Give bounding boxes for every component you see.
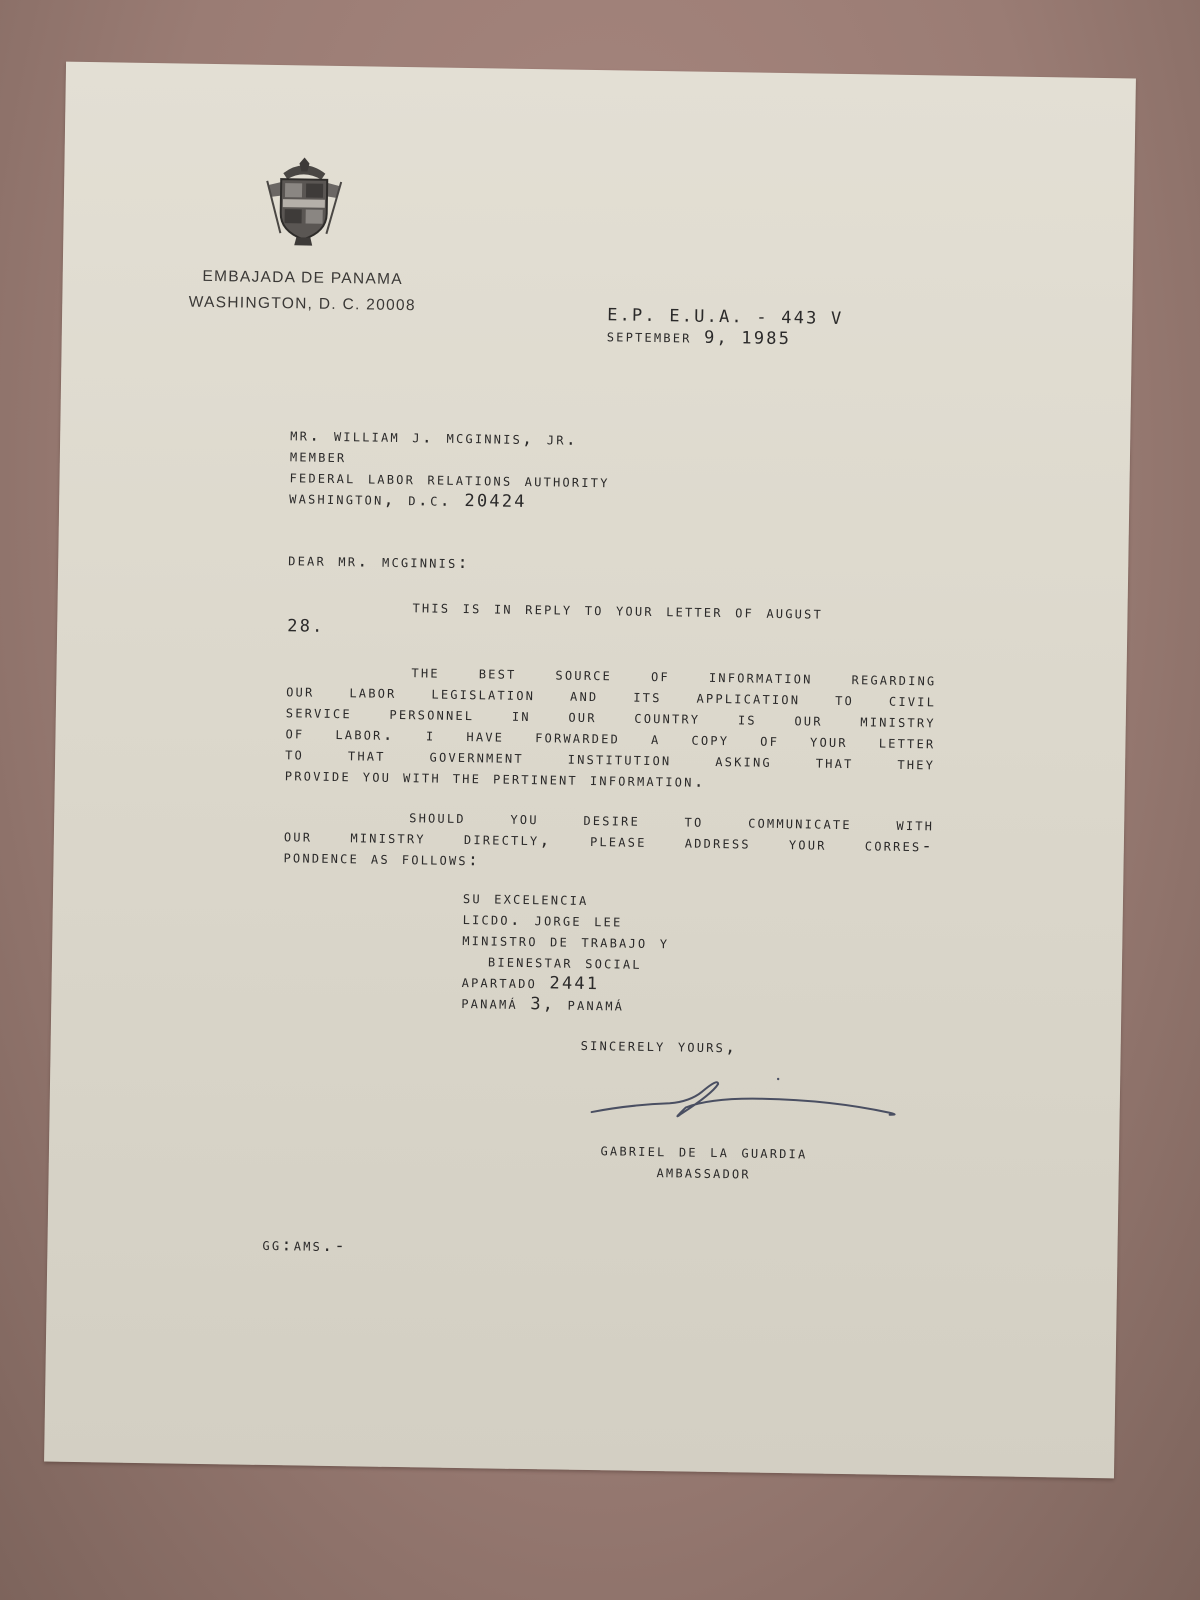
reference-block: E.P. E.U.A. - 443 V September 9, 1985 xyxy=(607,305,844,351)
word: you xyxy=(510,809,539,830)
letter-date: September 9, 1985 xyxy=(607,326,844,351)
word: please xyxy=(590,831,647,853)
closing: Sincerely yours, xyxy=(581,1035,738,1058)
salutation: Dear Mr. McGinnis: xyxy=(288,550,470,574)
word: provide xyxy=(285,765,351,787)
word: civil xyxy=(889,691,936,713)
word: of xyxy=(285,723,304,744)
word: information xyxy=(709,667,813,690)
word: address xyxy=(685,832,751,854)
word: have xyxy=(466,726,504,748)
word: government xyxy=(429,746,524,768)
word: of xyxy=(651,666,670,687)
word: our xyxy=(794,710,823,731)
signer-title: Ambassador xyxy=(569,1161,839,1186)
ministry-city: Panamá 3, Panamá xyxy=(461,993,668,1017)
word: our xyxy=(568,707,597,728)
word: pertinent xyxy=(493,768,578,790)
word: labor xyxy=(349,682,396,704)
word: copy xyxy=(691,730,729,752)
word: with xyxy=(896,815,934,837)
word: of xyxy=(760,731,779,752)
word: communicate xyxy=(748,812,852,835)
panama-coat-of-arms-icon xyxy=(262,155,345,248)
word: regarding xyxy=(851,669,936,691)
word: legislation xyxy=(431,684,535,707)
signer-block: Gabriel de la Guardia Ambassador xyxy=(569,1140,840,1186)
word: our xyxy=(284,826,313,847)
word: is xyxy=(738,709,757,730)
word: they xyxy=(897,754,935,776)
paragraph-3: ShouldyoudesiretocommunicatewithourMinis… xyxy=(283,805,934,878)
word: desire xyxy=(583,810,640,832)
word: your xyxy=(789,834,827,856)
word: service xyxy=(286,702,352,724)
reference-initials: GG:ams.- xyxy=(262,1235,347,1257)
word: Should xyxy=(409,807,466,829)
word: in xyxy=(512,706,531,727)
word: I xyxy=(426,725,436,746)
signer-name: Gabriel de la Guardia xyxy=(569,1140,839,1165)
word: that xyxy=(816,753,854,775)
recipient-address: Mr. William J. McGinnis, Jr. Member Fede… xyxy=(289,425,610,514)
word: personnel xyxy=(389,704,474,726)
word: our xyxy=(286,681,315,702)
word: its xyxy=(633,687,662,708)
word: The xyxy=(411,662,440,683)
word: you xyxy=(363,766,392,787)
word: Ministry xyxy=(350,827,426,849)
word: asking xyxy=(715,751,772,773)
word: to xyxy=(285,744,304,765)
word: and xyxy=(570,686,599,707)
word: follows: xyxy=(402,849,481,871)
word: country xyxy=(634,708,700,730)
word: corres- xyxy=(865,835,934,857)
embassy-address: WASHINGTON, D. C. 20008 xyxy=(157,289,447,320)
word: source xyxy=(555,664,612,686)
word: to xyxy=(835,690,854,711)
word: directly, xyxy=(464,829,552,851)
word: a xyxy=(651,729,661,750)
word: as xyxy=(371,849,390,870)
word: information. xyxy=(590,770,706,793)
paragraph-1: This is in reply to your letter of Augus… xyxy=(287,595,938,647)
word: forwarded xyxy=(535,727,620,749)
paragraph-2: Thebestsourceofinformationregardingourla… xyxy=(285,660,937,796)
word: Labor. xyxy=(335,724,395,746)
letter-page: EMBAJADA DE PANAMA WASHINGTON, D. C. 200… xyxy=(44,62,1136,1479)
word: with xyxy=(403,767,441,789)
word: that xyxy=(348,745,386,767)
word: your xyxy=(810,731,848,753)
handwritten-signature-icon xyxy=(589,1070,910,1135)
word: letter xyxy=(879,733,936,755)
word: Ministry xyxy=(860,711,936,733)
word: institution xyxy=(568,749,672,772)
word: application xyxy=(696,688,800,711)
ministry-address: Su Excelencia Licdo. Jorge Lee Ministro … xyxy=(461,888,670,1017)
word: to xyxy=(684,811,703,832)
letterhead: EMBAJADA DE PANAMA WASHINGTON, D. C. 200… xyxy=(157,153,450,320)
word: pondence xyxy=(283,847,359,869)
word: best xyxy=(479,663,517,685)
word: the xyxy=(453,768,482,789)
